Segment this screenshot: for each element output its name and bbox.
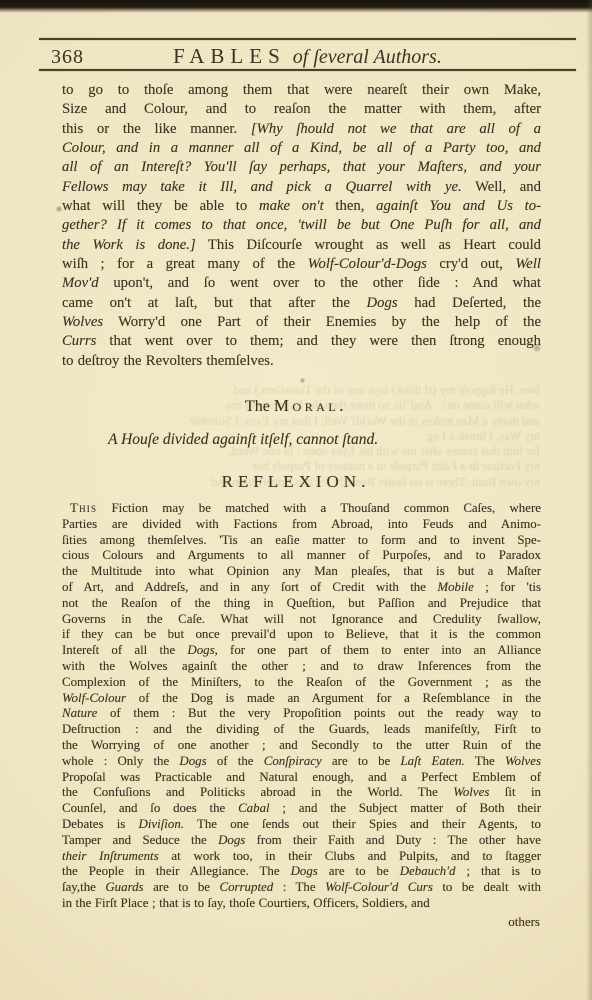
text-segment: from their Faith and Duty : The other ha… xyxy=(245,833,541,847)
text-line: Fellows may take it Ill, and pick a Quar… xyxy=(62,178,541,197)
text-segment: the Multitude into what Opinion any Man … xyxy=(62,564,541,578)
text-line: the Worrying of one another ; and Second… xyxy=(62,738,541,754)
text-segment: , for one part of them to enter into an … xyxy=(215,643,541,657)
text-segment: cious Colours and Arguments to all manne… xyxy=(62,548,541,562)
text-line: whole : Only the Dogs of the Conſpiracy … xyxy=(62,754,541,770)
text-segment: Dogs xyxy=(187,643,214,657)
text-segment: Debauch'd xyxy=(400,864,456,878)
text-segment: their Inſtruments xyxy=(62,849,159,863)
text-line: in the Firſt Place ; that is to ſay, tho… xyxy=(62,896,541,912)
text-segment: are to be xyxy=(318,864,400,878)
text-segment: the People in their Allegiance. The xyxy=(62,864,291,878)
reflexion-heading: REFLEXION. xyxy=(0,472,592,492)
text-segment: Dogs xyxy=(291,864,318,878)
text-segment: ; and the Subject matter of Both their xyxy=(270,801,541,815)
text-segment: if they can be but once prevail'd upon t… xyxy=(62,627,541,641)
text-segment: Parties are divided with Factions from A… xyxy=(62,517,541,531)
text-line: Parties are divided with Factions from A… xyxy=(62,517,541,533)
text-segment: whole : Only the xyxy=(62,754,179,768)
text-segment: in the Firſt Place ; that is to ſay, tho… xyxy=(62,896,430,910)
page-number: 368 xyxy=(51,46,84,69)
text-line: their Inſtruments at work too, in their … xyxy=(62,849,541,865)
text-line: cious Colours and Arguments to all manne… xyxy=(62,548,541,564)
text-line: this or the like manner. [Why ſhould not… xyxy=(62,120,541,139)
text-segment: Tamper and Seduce the xyxy=(62,833,218,847)
text-segment: Fellows may take it Ill, and pick a Quar… xyxy=(62,179,462,195)
text-segment: Worry'd one Part of their Enemies by the… xyxy=(103,314,541,330)
text-segment: Fiction may be matched with a Thouſand c… xyxy=(97,501,541,515)
text-segment: Propoſal was Practicable and Natural eno… xyxy=(62,770,541,784)
text-segment: are to be xyxy=(322,754,401,768)
reflexion-paragraph: This Fiction may be matched with a Thouſ… xyxy=(62,501,541,912)
text-segment: againſt You and Us to- xyxy=(376,198,541,214)
text-line: Wolf-Colour of the Dog is made an Argume… xyxy=(62,691,541,707)
text-segment: Dogs xyxy=(179,754,206,768)
text-line: to go to thoſe among them that were near… xyxy=(62,81,541,100)
text-line: Nature of them : But the very Propoſitio… xyxy=(62,706,541,722)
text-segment: Intereſt of all the xyxy=(62,643,187,657)
text-segment: Dogs xyxy=(218,833,245,847)
text-line: to deſtroy the Revolters themſelves. xyxy=(62,352,541,371)
moral-heading-word: Moral. xyxy=(274,396,347,415)
text-segment: of the Dog is made an Argument for a Reſ… xyxy=(126,691,541,705)
text-segment: of the xyxy=(207,754,264,768)
text-line: Wolves Worry'd one Part of their Enemies… xyxy=(62,313,541,332)
moral-text: A Houſe divided againſt itſelf, cannot ſ… xyxy=(62,431,541,449)
text-segment: Nature xyxy=(62,706,97,720)
running-title-italic: of ſeveral Authors. xyxy=(293,46,442,68)
moral-heading: The Moral. xyxy=(0,396,592,416)
text-line: Complexion of the Miniſters, to the Reaſ… xyxy=(62,675,541,691)
text-segment: came on't at laſt, but that after the xyxy=(62,295,367,311)
text-segment: Colour, and in a manner all of a Kind, b… xyxy=(62,140,541,156)
text-segment: Mov'd xyxy=(62,275,99,291)
text-segment: all of an Intereſt? You'll ſay perhaps, … xyxy=(62,159,541,175)
running-title: FABLESof ſeveral Authors. xyxy=(173,50,442,67)
text-segment: Conſpiracy xyxy=(264,754,322,768)
text-segment: cry'd out, xyxy=(427,256,516,272)
text-segment: Corrupted xyxy=(219,880,273,894)
text-segment: Currs xyxy=(62,333,96,349)
text-line: wiſh ; for a great many of the Wolf-Colo… xyxy=(62,255,541,274)
text-segment: Governs in the Caſe. What will not Ignor… xyxy=(62,612,541,626)
text-segment: had Deſerted, the xyxy=(398,295,541,311)
text-segment: Wolves xyxy=(62,314,103,330)
text-line: what will they be able to make on't then… xyxy=(62,197,541,216)
text-segment: This xyxy=(70,501,97,515)
text-segment: ; for 'tis xyxy=(474,580,541,594)
fable-conclusion-paragraph: to go to thoſe among them that were near… xyxy=(62,81,541,371)
text-segment: Counſel, and ſo does the xyxy=(62,801,238,815)
text-segment: of them : But the very Propoſition point… xyxy=(97,706,541,720)
text-segment: [Why ſhould not we that are all of a xyxy=(251,121,541,137)
text-segment: Cabal xyxy=(238,801,270,815)
text-segment: Dogs xyxy=(367,295,398,311)
text-line: This Fiction may be matched with a Thouſ… xyxy=(62,501,541,517)
text-line: the Confuſions and Politicks abroad in t… xyxy=(62,785,541,801)
text-line: Governs in the Caſe. What will not Ignor… xyxy=(62,612,541,628)
text-line: the Multitude into what Opinion any Man … xyxy=(62,564,541,580)
text-line: ſities among themſelves. 'Tis an eaſie m… xyxy=(62,533,541,549)
header-rule-bottom xyxy=(39,69,576,71)
text-segment: are to be xyxy=(144,880,220,894)
text-segment: the Work is done.] xyxy=(62,237,196,253)
running-title-caps: FABLES xyxy=(173,44,286,68)
text-segment: Laſt Eaten. xyxy=(400,754,464,768)
text-line: Intereſt of all the Dogs, for one part o… xyxy=(62,643,541,659)
text-segment: Debates is xyxy=(62,817,139,831)
text-line: Propoſal was Practicable and Natural eno… xyxy=(62,770,541,786)
text-segment: Complexion of the Miniſters, to the Reaſ… xyxy=(62,675,541,689)
moral-heading-the: The xyxy=(245,398,270,415)
text-segment: Deſtruction : and the dividing of the Gu… xyxy=(62,722,541,736)
text-line: Counſel, and ſo does the Cabal ; and the… xyxy=(62,801,541,817)
text-line: Deſtruction : and the dividing of the Gu… xyxy=(62,722,541,738)
text-segment: of Art, and Addreſs, and in any ſort of … xyxy=(62,580,437,594)
text-line: if they can be but once prevail'd upon t… xyxy=(62,627,541,643)
text-segment: Diviſion. xyxy=(139,817,184,831)
text-line: gether? If it comes to that once, 'twill… xyxy=(62,216,541,235)
text-segment: : The xyxy=(273,880,325,894)
text-segment: ſities among themſelves. 'Tis an eaſie m… xyxy=(62,533,541,547)
text-segment: Wolf-Colour'd Curs xyxy=(325,880,433,894)
text-segment: The one ſends out their Spies and their … xyxy=(184,817,541,831)
text-segment: Guards xyxy=(105,880,143,894)
text-segment: Size and Colour, and to reaſon the matte… xyxy=(62,101,541,117)
text-line: Colour, and in a manner all of a Kind, b… xyxy=(62,139,541,158)
text-line: Currs that went over to them; and they w… xyxy=(62,332,541,351)
text-segment: at work too, in their Clubs and Pulpits,… xyxy=(159,849,541,863)
text-line: Tamper and Seduce the Dogs from their Fa… xyxy=(62,833,541,849)
text-segment: what will they be able to xyxy=(62,198,259,214)
text-segment: with the Wolves againſt the other ; and … xyxy=(62,659,541,673)
text-line: came on't at laſt, but that after the Do… xyxy=(62,294,541,313)
text-segment: then, xyxy=(324,198,376,214)
text-segment: to be dealt with xyxy=(433,880,541,894)
text-line: all of an Intereſt? You'll ſay perhaps, … xyxy=(62,158,541,177)
text-segment: not the Reaſon of the thing in Queſtion,… xyxy=(62,596,541,610)
text-segment: the Worrying of one another ; and Second… xyxy=(62,738,541,752)
text-segment: that went over to them; and they were th… xyxy=(96,333,541,349)
text-line: Debates is Diviſion. The one ſends out t… xyxy=(62,817,541,833)
page-header: 368 FABLESof ſeveral Authors. xyxy=(39,44,576,69)
text-segment: Wolves xyxy=(453,785,489,799)
text-segment: Mobile xyxy=(437,580,474,594)
text-line: Mov'd upon't, and ſo went over to the ot… xyxy=(62,274,541,293)
text-segment: ſay,the xyxy=(62,880,105,894)
text-segment: Well xyxy=(515,256,541,272)
text-segment: upon't, and ſo went over to the other ſi… xyxy=(99,275,541,291)
text-segment: The xyxy=(465,754,505,768)
text-segment: Wolves xyxy=(505,754,541,768)
text-line: not the Reaſon of the thing in Queſtion,… xyxy=(62,596,541,612)
scan-edge-top xyxy=(0,0,592,13)
text-segment: ; that is to xyxy=(455,864,541,878)
text-segment: the Confuſions and Politicks abroad in t… xyxy=(62,785,453,799)
text-segment: wiſh ; for a great many of the xyxy=(62,256,308,272)
text-line: the Work is done.] This Diſcourſe wrough… xyxy=(62,236,541,255)
text-segment: ſit in xyxy=(489,785,541,799)
text-line: ſay,the Guards are to be Corrupted : The… xyxy=(62,880,541,896)
text-segment: this or the like manner. xyxy=(62,121,251,137)
text-segment: to go to thoſe among them that were near… xyxy=(62,82,541,98)
catchword: others xyxy=(62,914,540,930)
text-line: of Art, and Addreſs, and in any ſort of … xyxy=(62,580,541,596)
text-segment: Well, and xyxy=(462,179,541,195)
text-segment: to deſtroy the Revolters themſelves. xyxy=(62,353,274,369)
text-segment: Wolf-Colour'd-Dogs xyxy=(308,256,427,272)
book-page-scan: fore. He ſuppoſe my (if think) ſays one … xyxy=(0,0,592,1000)
header-rule-top xyxy=(39,38,576,40)
text-segment: This Diſcourſe wrought as well as Heart … xyxy=(196,237,541,253)
text-line: Size and Colour, and to reaſon the matte… xyxy=(62,100,541,119)
scan-edge-right xyxy=(586,0,592,1000)
text-segment: gether? If it comes to that once, 'twill… xyxy=(62,217,541,233)
text-segment: Wolf-Colour xyxy=(62,691,126,705)
text-line: the People in their Allegiance. The Dogs… xyxy=(62,864,541,880)
text-segment: make on't xyxy=(259,198,324,214)
text-line: with the Wolves againſt the other ; and … xyxy=(62,659,541,675)
